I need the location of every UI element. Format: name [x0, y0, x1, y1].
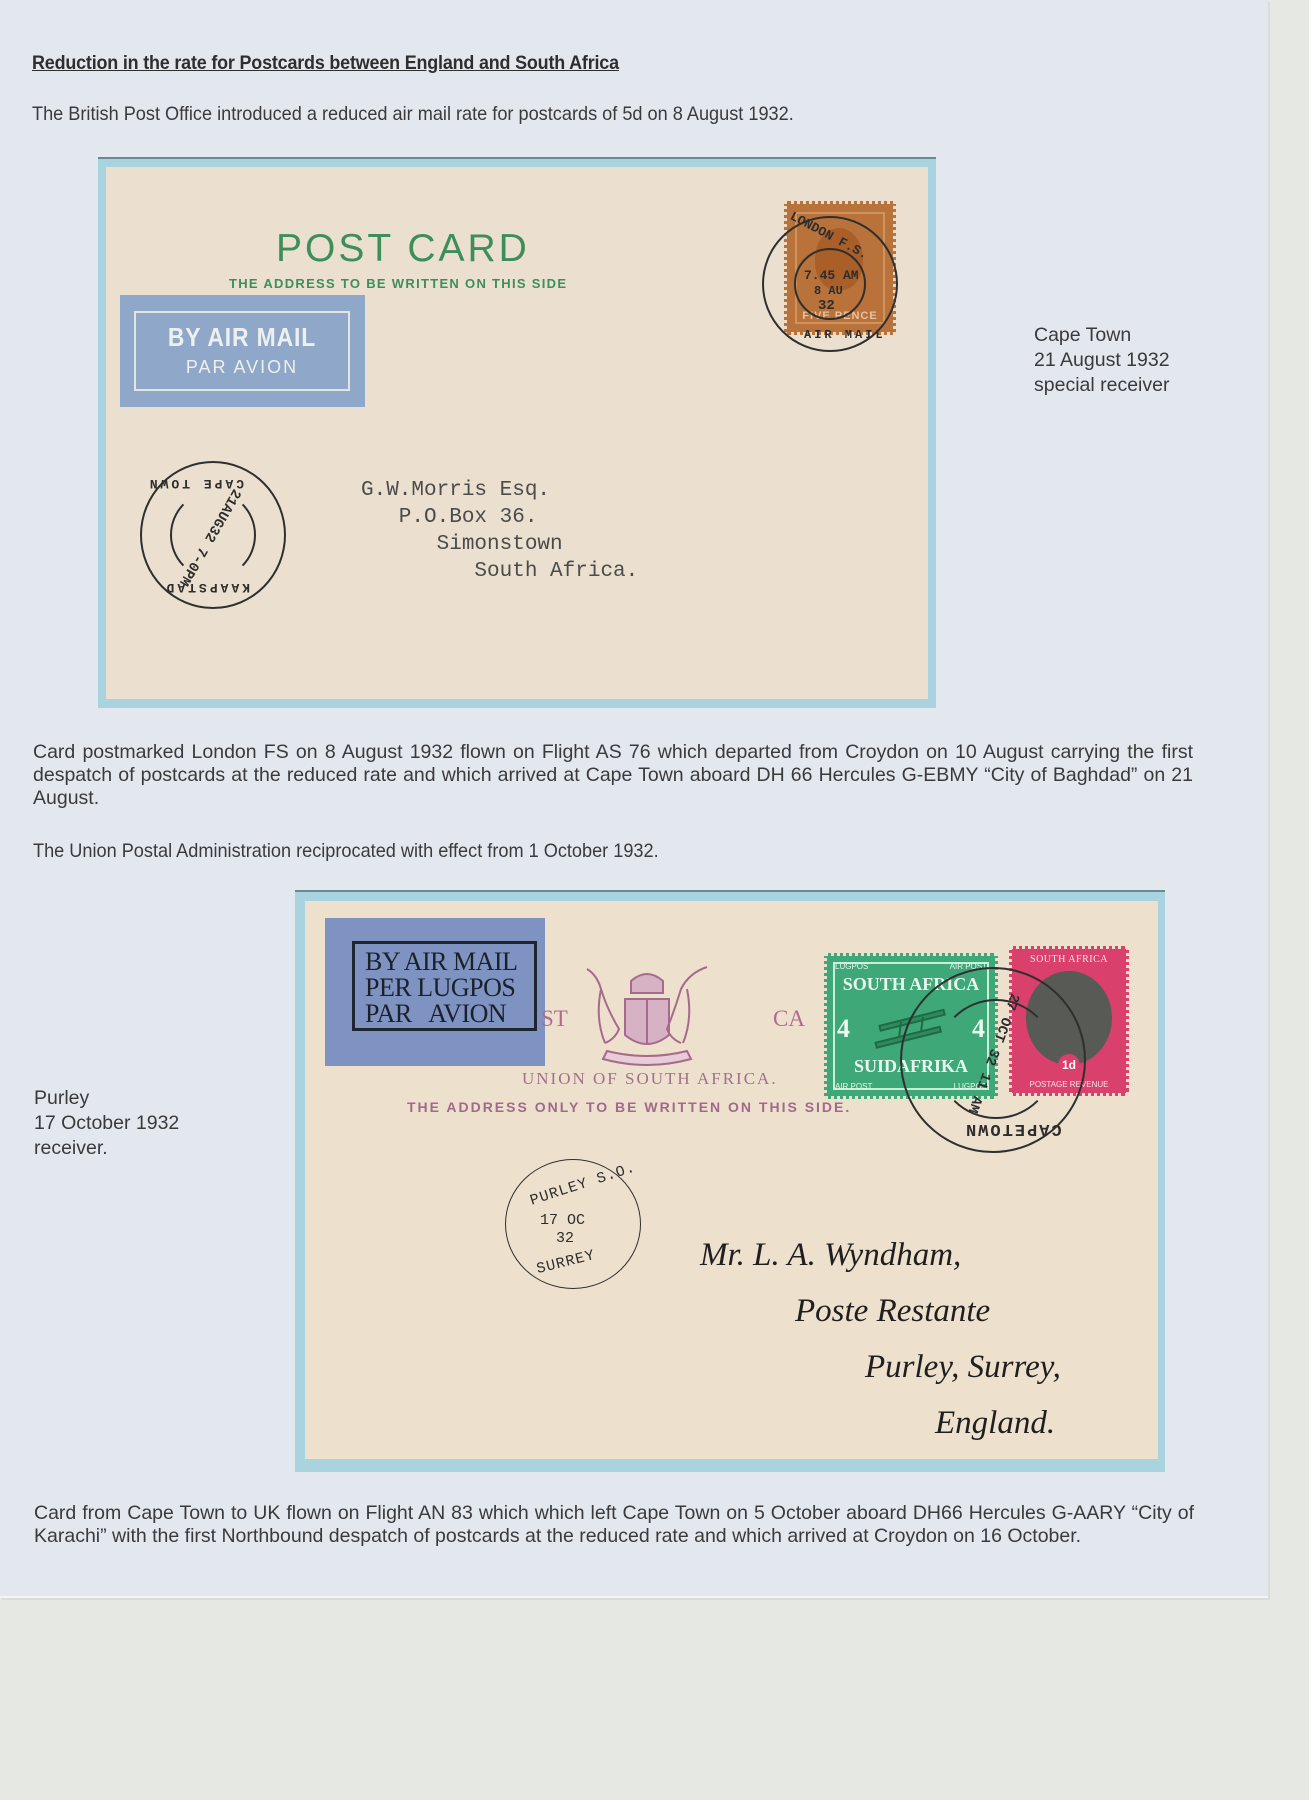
- union-reciprocation-text: The Union Postal Administration reciproc…: [33, 840, 659, 863]
- card-1-caption: Cape Town 21 August 1932 special receive…: [1034, 323, 1170, 398]
- airmail-label: BY AIR MAIL PAR AVION: [120, 295, 365, 407]
- recipient-address: G.W.Morris Esq. P.O.Box 36. Simonstown S…: [361, 477, 638, 585]
- capetown-postmark: 27 OCT 32 11 AM CAPETOWN: [900, 967, 1086, 1153]
- purley-receiver-postmark: PURLEY S.O. 17 OC 32 SURREY: [505, 1159, 641, 1289]
- address-only-note: THE ADDRESS ONLY TO BE WRITTEN ON THIS S…: [407, 1099, 851, 1115]
- postcard-1-mount: POST CARD THE ADDRESS TO BE WRITTEN ON T…: [98, 157, 936, 708]
- card-2-description: Card from Cape Town to UK flown on Fligh…: [34, 1502, 1194, 1548]
- airmail-label-line-2: PAR AVION: [136, 357, 348, 378]
- album-page: Reduction in the rate for Postcards betw…: [0, 0, 1268, 1598]
- card-2-caption: Purley 17 October 1932 receiver.: [34, 1086, 179, 1161]
- union-of-south-africa-text: UNION OF SOUTH AFRICA.: [522, 1069, 778, 1089]
- airmail-label-line-1: BY AIR MAIL: [149, 322, 336, 353]
- postcard-1: POST CARD THE ADDRESS TO BE WRITTEN ON T…: [106, 167, 928, 699]
- postcard-2: BY AIR MAIL PER LUGPOS PAR AVION ST CA U…: [305, 901, 1158, 1459]
- intro-text: The British Post Office introduced a red…: [32, 103, 794, 126]
- title-fragment-left: ST: [541, 1006, 568, 1032]
- postcard-subtitle: THE ADDRESS TO BE WRITTEN ON THIS SIDE: [229, 276, 567, 291]
- airmail-lugpos-label: BY AIR MAIL PER LUGPOS PAR AVION: [325, 918, 545, 1066]
- card-1-description: Card postmarked London FS on 8 August 19…: [33, 741, 1193, 810]
- page-heading: Reduction in the rate for Postcards betw…: [32, 52, 619, 75]
- coat-of-arms-icon: [577, 959, 717, 1069]
- postcard-title: POST CARD: [276, 227, 530, 271]
- london-postmark: LONDON F.S. 7.45 AM 8 AU 32 AIR MAIL: [762, 216, 898, 352]
- postcard-2-mount: BY AIR MAIL PER LUGPOS PAR AVION ST CA U…: [295, 890, 1165, 1472]
- capetown-receiver-postmark: KAAPSTAD 21AUG32 7-0PM CAPE TOWN: [140, 461, 286, 609]
- title-fragment-right: CA: [773, 1006, 805, 1032]
